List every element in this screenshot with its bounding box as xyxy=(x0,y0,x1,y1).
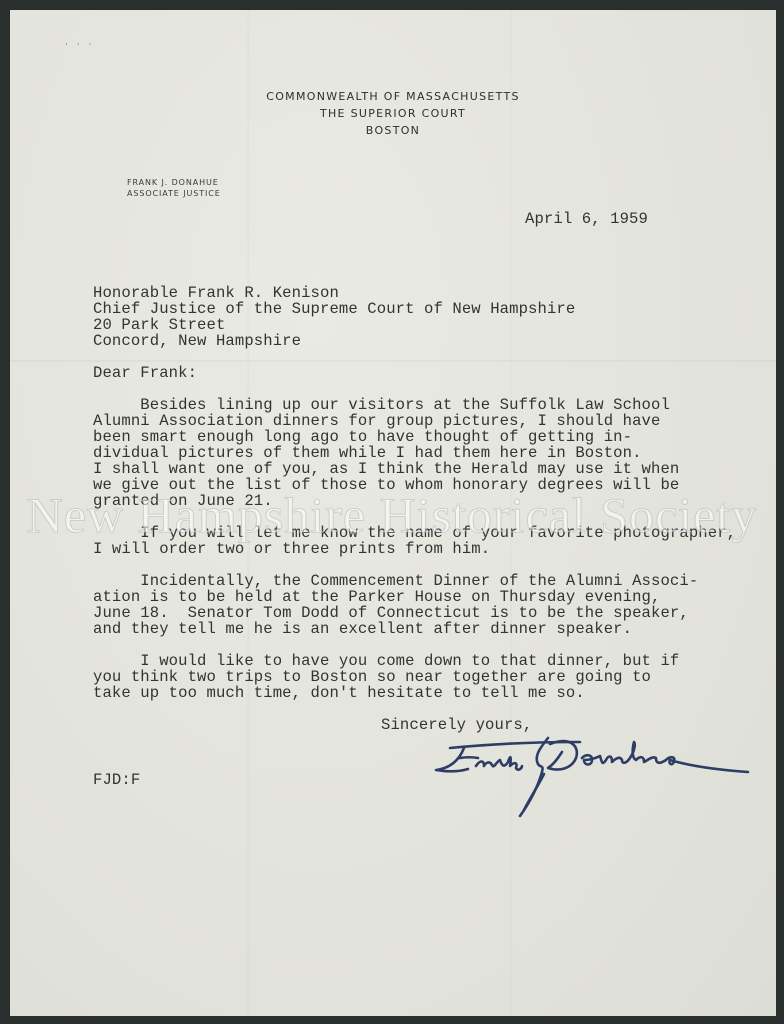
ink-specks: · · · xyxy=(65,40,94,50)
letterhead-line-3: BOSTON xyxy=(10,124,776,137)
salutation: Dear Frank: xyxy=(93,365,197,381)
paper-fold xyxy=(10,360,776,362)
letterhead-line-2: THE SUPERIOR COURT xyxy=(10,107,776,120)
recipient-line-1: Honorable Frank R. Kenison xyxy=(93,285,339,301)
paragraph-line: and they tell me he is an excellent afte… xyxy=(93,621,632,637)
paragraph-line: Alumni Association dinners for group pic… xyxy=(93,413,660,429)
paragraph-line: you think two trips to Boston so near to… xyxy=(93,669,651,685)
paragraph-line: ation is to be held at the Parker House … xyxy=(93,589,660,605)
paragraph-line: I will order two or three prints from hi… xyxy=(93,541,490,557)
recipient-line-3: 20 Park Street xyxy=(93,317,225,333)
paragraph-line: take up too much time, don't hesitate to… xyxy=(93,685,585,701)
recipient-line-2: Chief Justice of the Supreme Court of Ne… xyxy=(93,301,575,317)
letterhead-line-1: COMMONWEALTH OF MASSACHUSETTS xyxy=(10,90,776,103)
closing: Sincerely yours, xyxy=(381,717,532,733)
paragraph-line: granted on June 21. xyxy=(93,493,273,509)
paragraph-line: Besides lining up our visitors at the Su… xyxy=(93,397,670,413)
paragraph-line: June 18. Senator Tom Dodd of Connecticut… xyxy=(93,605,689,621)
letter-page: · · · COMMONWEALTH OF MASSACHUSETTS THE … xyxy=(10,10,776,1016)
paragraph-line: I shall want one of you, as I think the … xyxy=(93,461,679,477)
paragraph-line: we give out the list of those to whom ho… xyxy=(93,477,679,493)
letter-date: April 6, 1959 xyxy=(525,211,648,227)
typist-initials: FJD:F xyxy=(93,772,140,788)
sender-name: FRANK J. DONAHUE xyxy=(127,178,219,187)
sender-title: ASSOCIATE JUSTICE xyxy=(127,189,221,198)
handwritten-signature xyxy=(430,732,770,822)
recipient-line-4: Concord, New Hampshire xyxy=(93,333,301,349)
paragraph-line: I would like to have you come down to th… xyxy=(93,653,679,669)
paragraph-line: If you will let me know the name of your… xyxy=(93,525,736,541)
paragraph-line: Incidentally, the Commencement Dinner of… xyxy=(93,573,698,589)
paragraph-line: dividual pictures of them while I had th… xyxy=(93,445,642,461)
paragraph-line: been smart enough long ago to have thoug… xyxy=(93,429,632,445)
